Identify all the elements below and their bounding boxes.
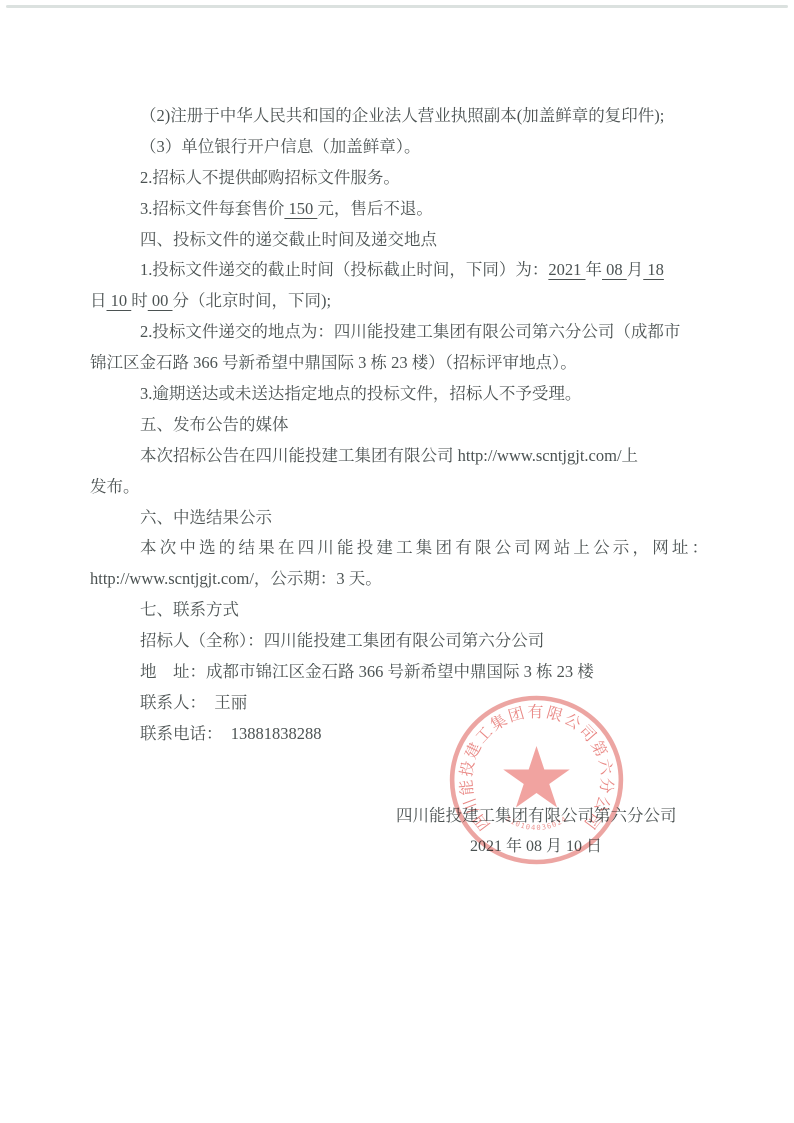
text-segment: 3.招标文件每套售价 [140, 199, 284, 218]
paragraph-line: 招标人（全称）：四川能投建工集团有限公司第六分公司 [90, 626, 706, 657]
star-icon [503, 746, 569, 808]
paragraph-line: 2.招标人不提供邮购招标文件服务。 [90, 163, 706, 194]
text-segment: 月 [627, 260, 644, 279]
paragraph-line: 发布。 [90, 472, 706, 503]
form-filled-value: 18 [643, 260, 664, 279]
paragraph-line: （3）单位银行开户信息（加盖鲜章）。 [90, 132, 706, 163]
paragraph-line: 五、发布公告的媒体 [90, 410, 706, 441]
text-segment: 分（北京时间，下同); [173, 291, 332, 310]
text-segment: 锦江区金石路 366 号新希望中鼎国际 3 栋 23 楼）（招标评审地点）。 [90, 353, 577, 372]
text-segment: （2)注册于中华人民共和国的企业法人营业执照副本(加盖鲜章的复印件); [140, 106, 664, 125]
text-segment: 1.投标文件递交的截止时间（投标截止时间，下同）为： [140, 260, 548, 279]
paragraph-line: 本次中选的结果在四川能投建工集团有限公司网站上公示，网址： [90, 533, 706, 564]
text-segment: 时 [131, 291, 148, 310]
text-segment: 本次招标公告在四川能投建工集团有限公司 http://www.scntjgjt.… [140, 446, 638, 465]
paragraph-line: 地 址：成都市锦江区金石路 366 号新希望中鼎国际 3 栋 23 楼 [90, 657, 706, 688]
paragraph-line: 2.投标文件递交的地点为：四川能投建工集团有限公司第六分公司（成都市 [90, 317, 706, 348]
document-body: （2)注册于中华人民共和国的企业法人营业执照副本(加盖鲜章的复印件);（3）单位… [90, 101, 706, 750]
text-segment: （3）单位银行开户信息（加盖鲜章）。 [140, 137, 421, 156]
text-segment: 年 [586, 260, 603, 279]
paragraph-line: 联系电话： 13881838288 [90, 719, 706, 750]
paragraph-line: 日 10 时 00 分（北京时间，下同); [90, 286, 706, 317]
document-page: （2)注册于中华人民共和国的企业法人营业执照副本(加盖鲜章的复印件);（3）单位… [0, 0, 794, 1123]
text-segment: 本次中选的结果在四川能投建工集团有限公司网站上公示，网址： [140, 538, 711, 557]
paragraph-line: 1.投标文件递交的截止时间（投标截止时间，下同）为：2021 年 08 月 18 [90, 255, 706, 286]
text-segment: 地 址：成都市锦江区金石路 366 号新希望中鼎国际 3 栋 23 楼 [140, 662, 594, 681]
text-segment: 2.投标文件递交的地点为：四川能投建工集团有限公司第六分公司（成都市 [140, 322, 680, 341]
paragraph-line: 3.招标文件每套售价 150 元，售后不退。 [90, 194, 706, 225]
paragraph-line: 本次招标公告在四川能投建工集团有限公司 http://www.scntjgjt.… [90, 441, 706, 472]
paragraph-line: 四、投标文件的递交截止时间及递交地点 [90, 225, 706, 256]
form-filled-value: 00 [148, 291, 173, 310]
form-filled-value: 2021 [548, 260, 585, 279]
paragraph-line: 六、中选结果公示 [90, 503, 706, 534]
text-segment: 五、发布公告的媒体 [140, 415, 289, 434]
text-segment: http://www.scntjgjt.com/，公示期：3 天。 [90, 569, 382, 588]
signature-company: 四川能投建工集团有限公司第六分公司 [396, 802, 676, 826]
text-segment: 招标人（全称）：四川能投建工集团有限公司第六分公司 [140, 631, 544, 650]
text-segment: 2.招标人不提供邮购招标文件服务。 [140, 168, 400, 187]
text-segment: 七、联系方式 [140, 600, 239, 619]
paragraph-line: （2)注册于中华人民共和国的企业法人营业执照副本(加盖鲜章的复印件); [90, 101, 706, 132]
paragraph-line: 联系人： 王丽 [90, 688, 706, 719]
text-segment: 联系电话： 13881838288 [140, 724, 322, 743]
form-filled-value: 150 [284, 199, 317, 218]
text-segment: 六、中选结果公示 [140, 508, 272, 527]
signature-date: 2021 年 08 月 10 日 [396, 833, 676, 856]
paragraph-line: http://www.scntjgjt.com/，公示期：3 天。 [90, 564, 706, 595]
form-filled-value: 10 [107, 291, 132, 310]
text-segment: 发布。 [90, 477, 140, 496]
scan-artifact-line [6, 5, 788, 8]
text-segment: 元，售后不退。 [317, 199, 433, 218]
paragraph-line: 七、联系方式 [90, 595, 706, 626]
text-segment: 四、投标文件的递交截止时间及递交地点 [140, 230, 437, 249]
text-segment: 日 [90, 291, 107, 310]
paragraph-line: 3.逾期送达或未送达指定地点的投标文件，招标人不予受理。 [90, 379, 706, 410]
form-filled-value: 08 [602, 260, 627, 279]
text-segment: 联系人： 王丽 [140, 693, 247, 712]
paragraph-line: 锦江区金石路 366 号新希望中鼎国际 3 栋 23 楼）（招标评审地点）。 [90, 348, 706, 379]
text-segment: 3.逾期送达或未送达指定地点的投标文件，招标人不予受理。 [140, 384, 581, 403]
